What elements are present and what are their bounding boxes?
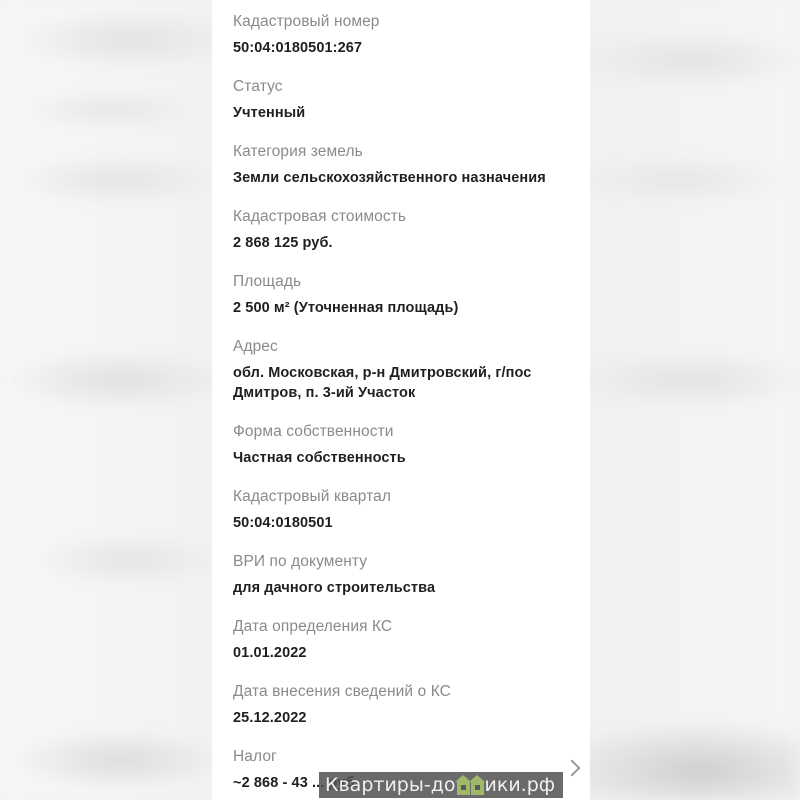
field-value: для дачного строительства [233,578,574,598]
field-cadastral-number: Кадастровый номер 50:04:0180501:267 [233,12,574,58]
field-label: Форма собственности [233,422,574,442]
field-land-category: Категория земель Земли сельскохозяйствен… [233,142,574,188]
field-value: обл. Московская, р-н Дмитровский, г/пос [233,363,574,383]
watermark: Квартиры-до ики.рф [319,772,563,798]
field-label: Статус [233,77,574,97]
houses-icon [457,775,484,795]
field-value: 2 500 м² (Уточненная площадь) [233,298,574,318]
field-label: Площадь [233,272,574,292]
field-entry-date: Дата внесения сведений о КС 25.12.2022 [233,682,574,728]
field-value: Земли сельскохозяйственного назначения [233,168,574,188]
field-value-line2: Дмитров, п. 3-ий Участок [233,383,574,403]
field-value: 25.12.2022 [233,708,574,728]
watermark-text-end: ики.рф [485,772,556,798]
field-value: Частная собственность [233,448,574,468]
field-value: Учтенный [233,103,574,123]
field-permitted-use: ВРИ по документу для дачного строительст… [233,552,574,598]
watermark-text-start: Квартиры-до [325,772,456,798]
field-label: Дата определения КС [233,617,574,637]
field-ownership-form: Форма собственности Частная собственност… [233,422,574,468]
field-label: Кадастровый квартал [233,487,574,507]
field-value: 50:04:0180501 [233,513,574,533]
field-value: 2 868 125 руб. [233,233,574,253]
field-value: 01.01.2022 [233,643,574,663]
field-cadastral-value: Кадастровая стоимость 2 868 125 руб. [233,207,574,253]
field-status: Статус Учтенный [233,77,574,123]
field-label: Дата внесения сведений о КС [233,682,574,702]
field-value: 50:04:0180501:267 [233,38,574,58]
field-label: Категория земель [233,142,574,162]
field-area: Площадь 2 500 м² (Уточненная площадь) [233,272,574,318]
field-label: ВРИ по документу [233,552,574,572]
field-address: Адрес обл. Московская, р-н Дмитровский, … [233,337,574,403]
field-label: Кадастровый номер [233,12,574,32]
field-cadastral-quarter: Кадастровый квартал 50:04:0180501 [233,487,574,533]
field-label: Налог [233,747,574,767]
field-valuation-date: Дата определения КС 01.01.2022 [233,617,574,663]
field-label: Адрес [233,337,574,357]
field-label: Кадастровая стоимость [233,207,574,227]
cadastral-details-panel: Кадастровый номер 50:04:0180501:267 Стат… [212,0,590,800]
